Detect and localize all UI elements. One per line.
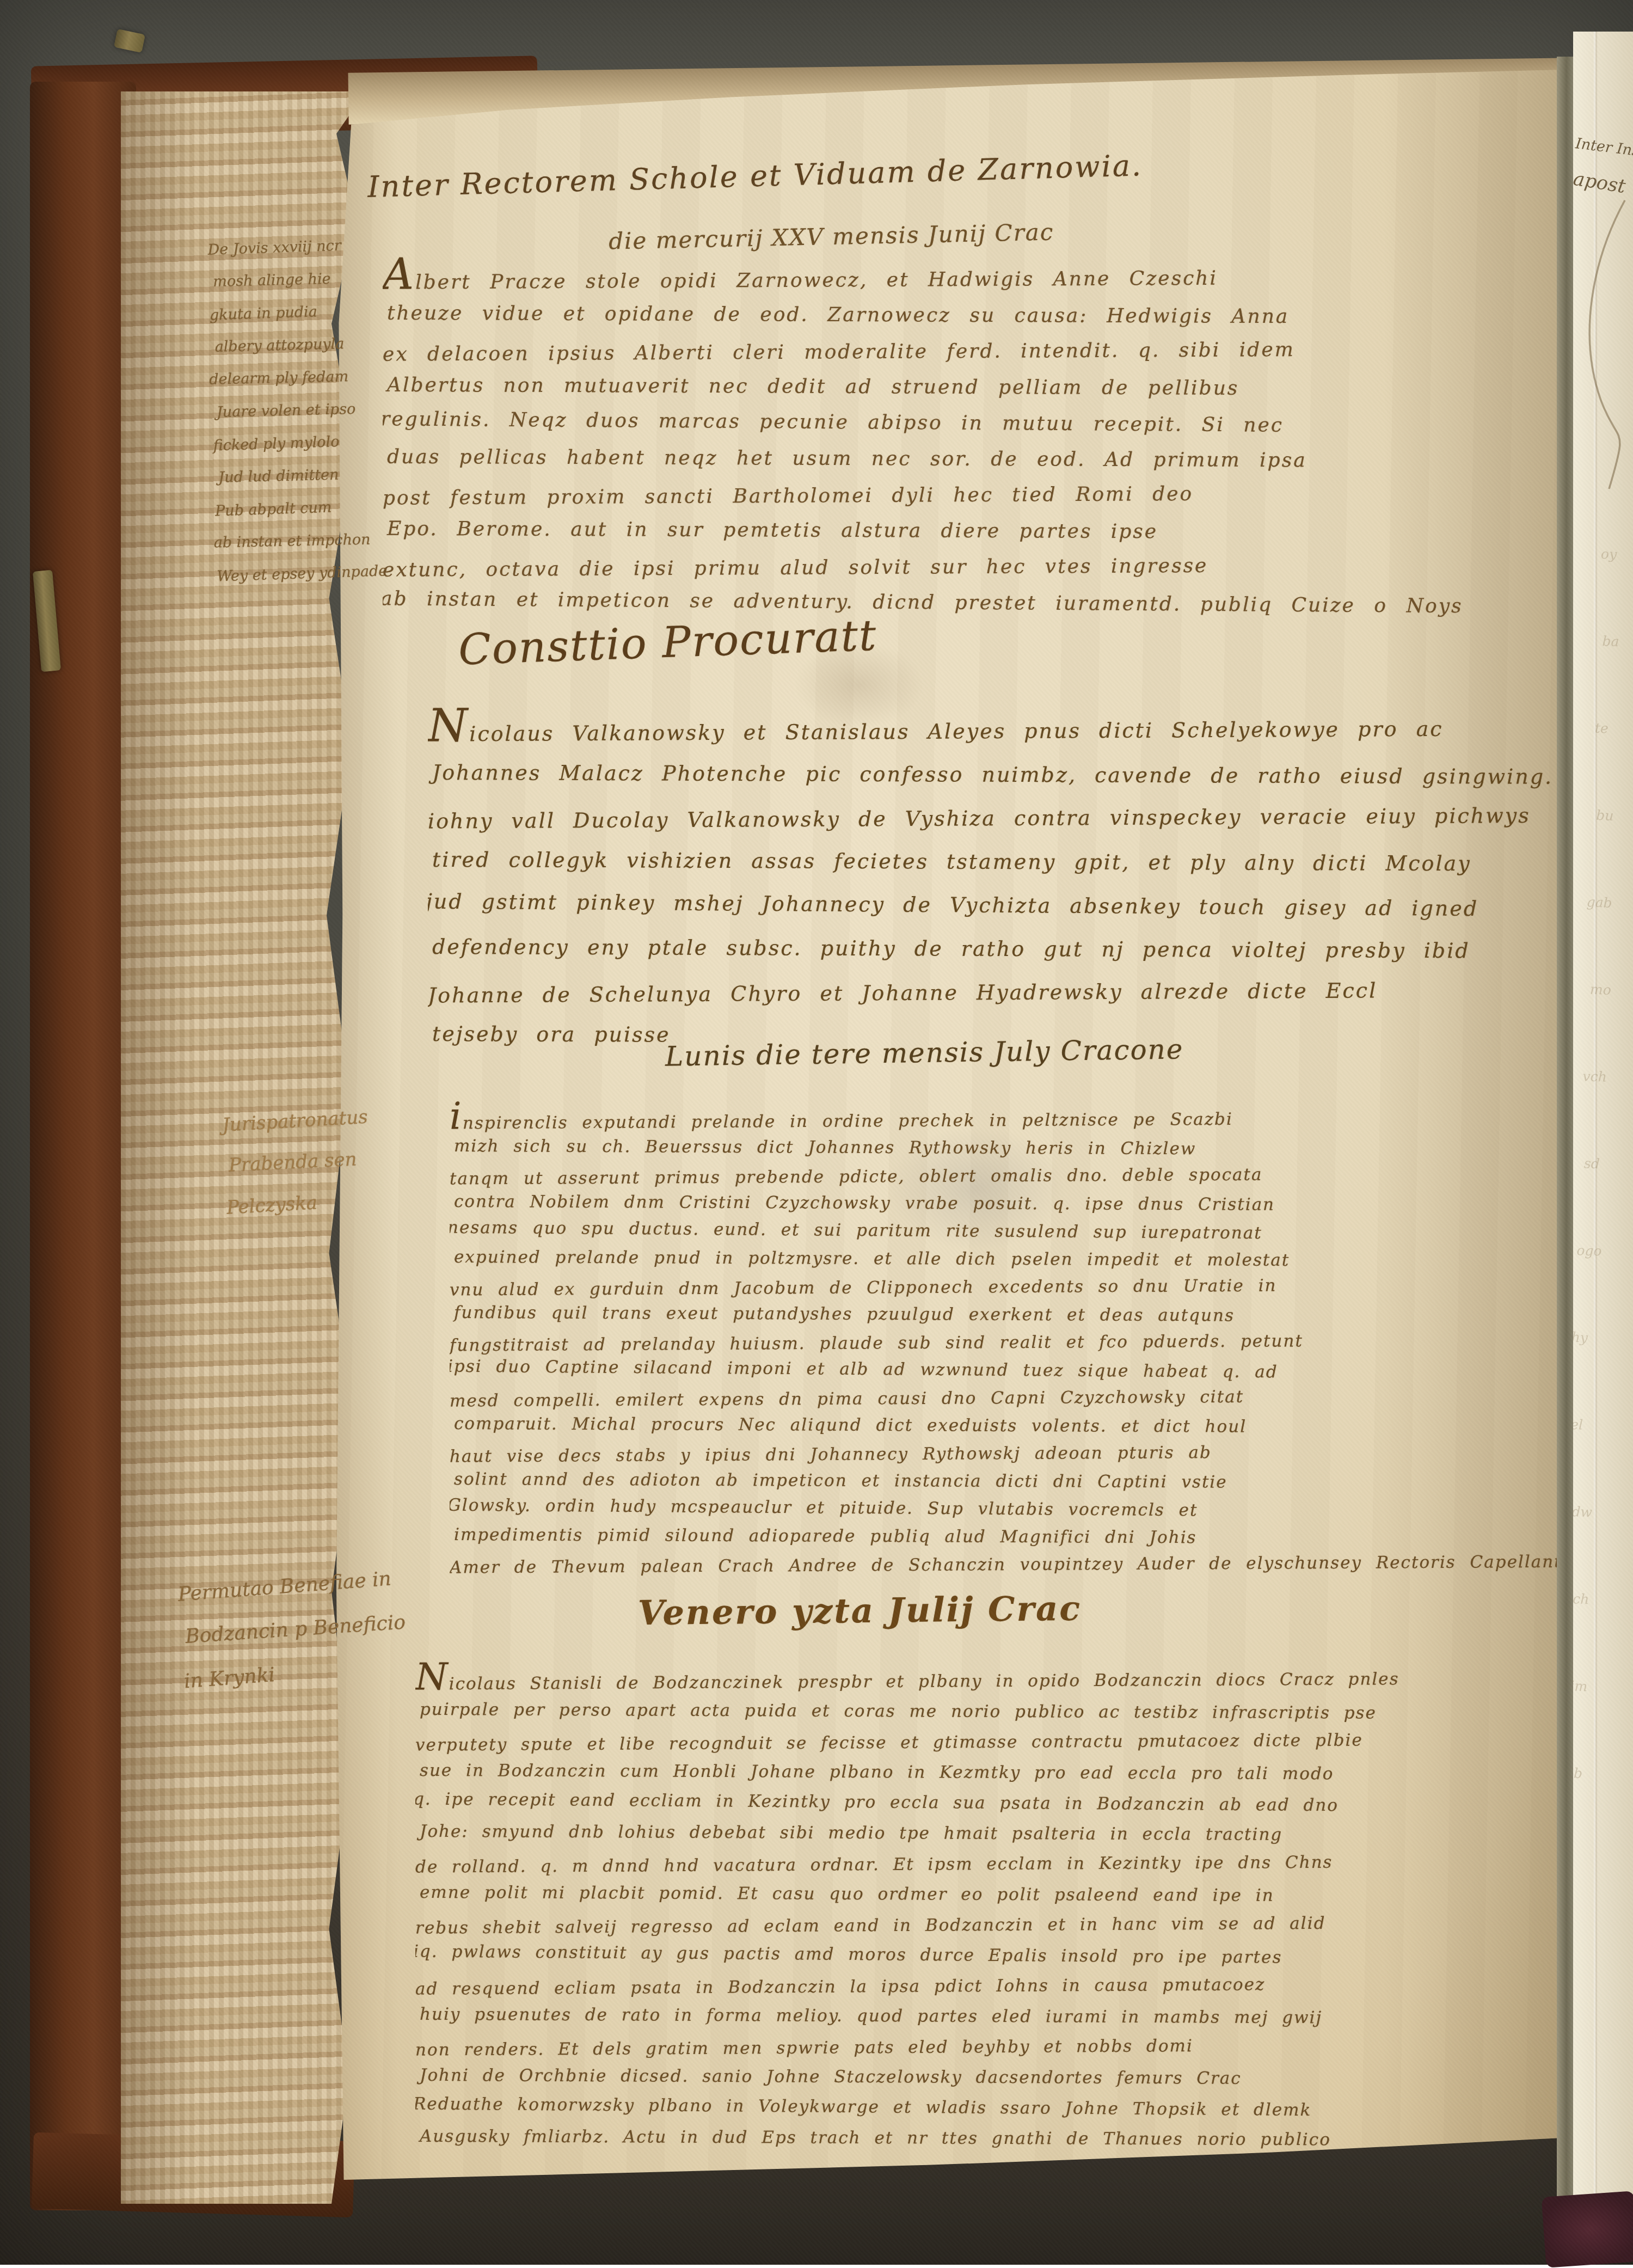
manuscript-text-line: Epo. Berome. aut in sur pemtetis alstura… xyxy=(387,511,1575,551)
manuscript-text-line: Albert Pracze stole opidi Zarnowecz, et … xyxy=(383,255,1575,301)
manuscript-text-line: impedimentis pimid silound adioparede pu… xyxy=(454,1521,1579,1553)
margin-note-block-2: JurispatronatusPrabenda senPelczyska xyxy=(221,1093,434,1228)
manuscript-text-line: el xyxy=(1573,1381,1598,1469)
manuscript-text-line: Nicolaus Valkanowsky et Stanislaus Aleye… xyxy=(428,706,1579,756)
manuscript-text-line: mo xyxy=(1588,946,1618,1034)
manuscript-text-line: duas pellicas habent neqz het usum nec s… xyxy=(387,439,1575,480)
manuscript-text-line: De Jovis xxviij ncr xyxy=(207,228,394,266)
manuscript-text-line: dw xyxy=(1573,1468,1600,1556)
manuscript-text-line: Nicolaus Stanisli de Bodzanczinek prespb… xyxy=(415,1660,1577,1700)
next-page-fragment: Inter Inst xyxy=(1575,135,1633,161)
manuscript-text-line: hy xyxy=(1573,1294,1599,1382)
manuscript-text-line: albery attozpuyla xyxy=(214,327,400,364)
manuscript-text-line: inspirenclis exputandi prelande in ordin… xyxy=(450,1100,1579,1137)
manuscript-text-line: oy xyxy=(1600,511,1629,598)
manuscript-text-line: gkuta in pudia xyxy=(209,293,395,332)
ink-flourish-icon xyxy=(1573,195,1633,500)
manuscript-text-line: non renders. Et dels gratim men spwrie p… xyxy=(415,2028,1577,2065)
manuscript-text-line: Wey et epsey ydinpade xyxy=(216,554,402,593)
margin-note-block-1: De Jovis xxviij ncrmosh alinge hiegkuta … xyxy=(207,228,402,592)
manuscript-text-line: bu xyxy=(1594,772,1624,860)
next-page-fragment: apost xyxy=(1573,168,1627,198)
manuscript-text-line: regulinis. Neqz duos marcas pecunie abip… xyxy=(383,401,1573,445)
manuscript-text-line: tanqm ut asserunt primus prebende pdicte… xyxy=(450,1160,1579,1193)
bleed-through-text: oybatebugabmovchsdogohyeldwochlimpub xyxy=(1573,511,1629,1817)
manuscript-text-line: ab instan et impeticon se adventury. dic… xyxy=(383,581,1573,625)
section-4-heading: Venero yzta Julij Crac xyxy=(638,1589,1082,1633)
manuscript-text-line: Pub abpalt cum xyxy=(214,489,401,528)
manuscript-text-line: ad resquend ecliam psata in Bodzanczin l… xyxy=(415,1967,1577,2004)
manuscript-text-line: sd xyxy=(1582,1120,1612,1208)
manuscript-text-line: Johanne de Schelunya Chyro et Johanne Hy… xyxy=(428,967,1579,1017)
manuscript-text-line: huiy psuenutes de rato in forma melioy. … xyxy=(420,1999,1577,2034)
manuscript-text-line: pub xyxy=(1573,1729,1584,1817)
manuscript-text-line: Johe: smyund dnb lohius debebat sibi med… xyxy=(420,1816,1577,1851)
manuscript-text-line: tired collegyk vishizien assas fecietes … xyxy=(432,838,1579,886)
manuscript-text-line: expuined prelande pnud in poltzmysre. et… xyxy=(454,1243,1579,1276)
manuscript-text-line: mosh alinge hie xyxy=(213,261,398,298)
manuscript-text-line: post festum proxim sancti Bartholomei dy… xyxy=(383,474,1575,516)
manuscript-text-line: Ausgusky fmliarbz. Actu in dud Eps trach… xyxy=(420,2121,1577,2156)
body-section-1: Albert Pracze stole opidi Zarnowecz, et … xyxy=(383,255,1575,625)
manuscript-text-line: te xyxy=(1594,685,1623,773)
manuscript-text-line: comparuit. Michal procurs Nec aliqund di… xyxy=(454,1410,1579,1442)
manuscript-text-line: Amer de Thevum palean Crach Andree de Sc… xyxy=(450,1548,1579,1579)
manuscript-text-line: ficked ply mylolo xyxy=(213,424,399,462)
manuscript-text-line: Johannes Malacz Photenche pic confesso n… xyxy=(432,751,1579,799)
manuscript-text-line: fundibus quil trans exeut putandyshes pz… xyxy=(454,1299,1579,1331)
manuscript-text-line: mizh sich su ch. Beuerssus dict Johannes… xyxy=(454,1132,1579,1164)
manuscript-text-line: mesd compelli. emilert expens dn pima ca… xyxy=(450,1382,1579,1415)
manuscript-text-line: theuze vidue et opidane de eod. Zarnowec… xyxy=(387,296,1575,336)
gutter-shadow xyxy=(1557,57,1574,2234)
manuscript-text-line: lim xyxy=(1573,1642,1594,1731)
manuscript-text-line: puirpale per perso apart acta puida et c… xyxy=(420,1694,1577,1729)
manuscript-text-line: ba xyxy=(1600,598,1630,686)
margin-note-block-3: Permutao Benefiae inBodzancin p Benefici… xyxy=(176,1555,441,1703)
leather-cover-left xyxy=(30,82,136,2210)
manuscript-text-line: jud gstimt pinkey mshej Johannecy de Vyc… xyxy=(428,880,1577,931)
body-section-3: inspirenclis exputandi prelande in ordin… xyxy=(450,1100,1579,1579)
manuscript-text-line: iohny vall Ducolay Valkanowsky de Vyshiz… xyxy=(428,793,1579,843)
manuscript-text-line: och xyxy=(1573,1555,1592,1643)
brass-clasp-top xyxy=(114,29,145,53)
manuscript-text-line: ab instan et impchon xyxy=(213,523,399,559)
manuscript-text-line: gab xyxy=(1585,859,1614,947)
manuscript-text-line: haut vise decs stabs y ipius dni Johanne… xyxy=(450,1437,1579,1471)
manuscript-text-line: de rolland. q. m dnnd hnd vacatura ordna… xyxy=(415,1846,1577,1882)
manuscript-text-line: delearm ply fedam xyxy=(209,360,395,396)
manuscript-text-line: Juare volen et ipso xyxy=(216,392,402,429)
manuscript-text-line: ogo xyxy=(1575,1207,1604,1295)
manuscript-text-line: Albertus non mutuaverit nec dedit ad str… xyxy=(387,367,1575,408)
manuscript-text-line: verputety spute et libe recognduit se fe… xyxy=(415,1724,1577,1760)
manuscript-text-line: Jud lud dimitten xyxy=(218,457,404,494)
manuscript-text-line: ex delacoen ipsius Alberti cleri moderal… xyxy=(383,330,1575,372)
manuscript-text-line: defendency eny ptale subsc. puithy de ra… xyxy=(432,925,1579,973)
body-section-4: Nicolaus Stanisli de Bodzanczinek prespb… xyxy=(415,1660,1577,2156)
leather-corner-bottom-right xyxy=(1542,2191,1633,2265)
body-section-2: Nicolaus Valkanowsky et Stanislaus Aleye… xyxy=(428,706,1579,1059)
manuscript-text-line: emne polit mi placbit pomid. Et casu quo… xyxy=(420,1877,1577,1912)
manuscript-text-line: vch xyxy=(1581,1033,1610,1120)
next-page-sliver: Inter Inst apost oybatebugabmovchsdogohy… xyxy=(1573,32,1633,2234)
manuscript-text-line: vnu alud ex gurduin dnm Jacobum de Clipp… xyxy=(450,1271,1579,1304)
photo-background: Inter Rectorem Schole et Viduam de Zarno… xyxy=(0,0,1633,2265)
